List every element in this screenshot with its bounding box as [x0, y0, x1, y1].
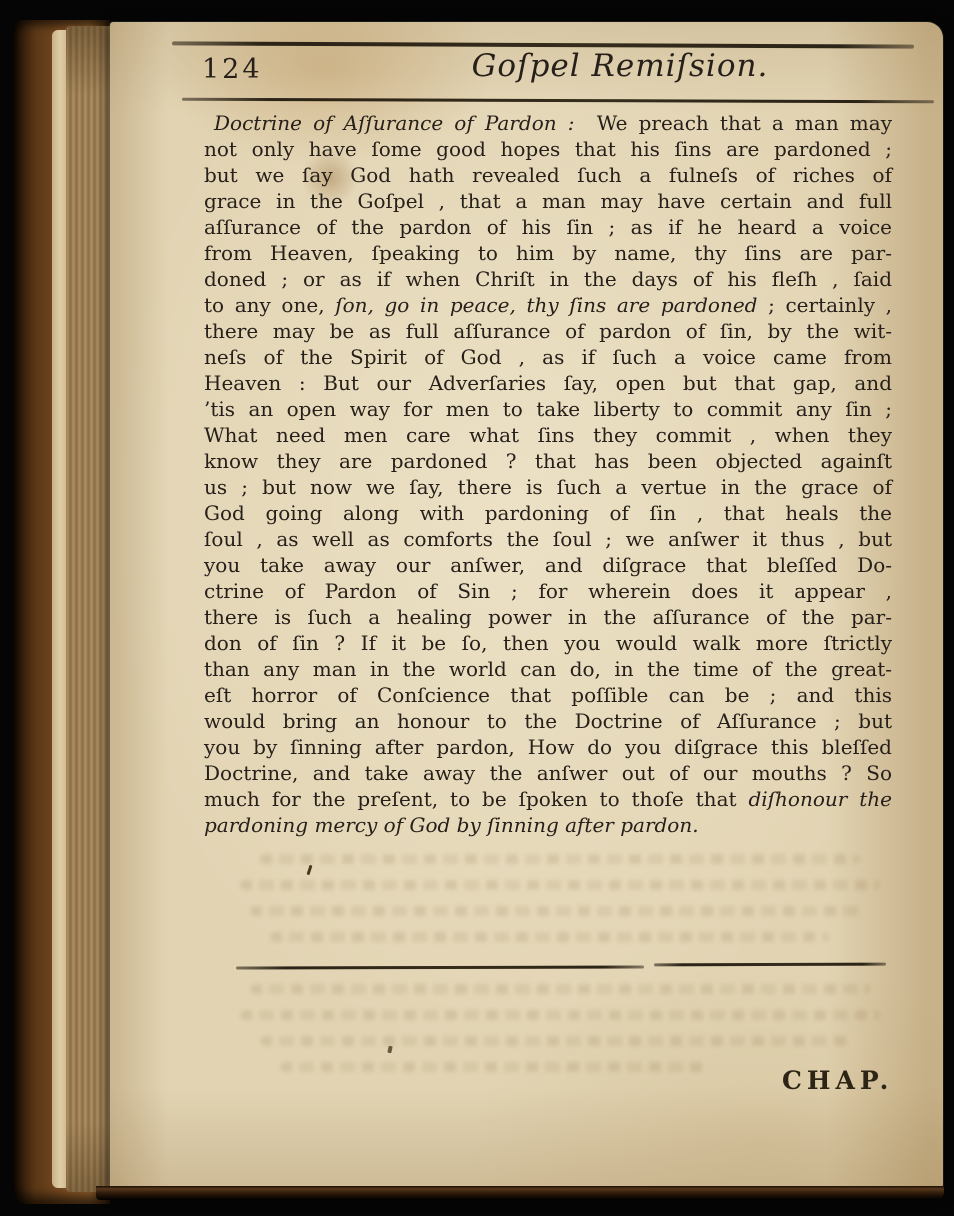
text-line: ctrine of Pardon of Sin ; for wherein do… — [204, 578, 892, 604]
page-number: 124 — [202, 54, 263, 85]
text-line: neſs of the Spirit of God , as if ſuch a… — [204, 344, 892, 370]
text-line: doned ; or as if when Chriſt in the days… — [204, 266, 892, 292]
text-line: there may be as full aſſurance of pardon… — [204, 318, 892, 344]
section-rule-left — [236, 965, 644, 969]
text-line: but we ſay God hath revealed ſuch a fuln… — [204, 162, 892, 188]
text-line: What need men care what ſins they commit… — [204, 422, 892, 448]
text-line: us ; but now we ſay, there is ſuch a ver… — [204, 474, 892, 500]
show-through-line — [240, 1010, 880, 1020]
text-line: you take away our anſwer, and diſgrace t… — [204, 552, 892, 578]
text-line: than any man in the world can do, in the… — [204, 656, 892, 682]
catchword: CHAP. — [782, 1066, 893, 1095]
show-through-line — [260, 854, 860, 864]
text-line: not only have ſome good hopes that his ſ… — [204, 136, 892, 162]
text-line: eſt horror of Conſcience that poſſible c… — [204, 682, 892, 708]
text-line: Doctrine of Aſſurance of Pardon : We pre… — [204, 110, 892, 136]
running-title: Goſpel Remiſsion. — [410, 48, 830, 84]
show-through-line — [270, 932, 830, 942]
text-line: ſoul , as well as comforts the ſoul ; we… — [204, 526, 892, 552]
text-line: God going along with pardoning of ſin , … — [204, 500, 892, 526]
text-line: aſſurance of the pardon of his ſin ; as … — [204, 214, 892, 240]
show-through-line — [250, 984, 870, 994]
text-line: there is ſuch a healing power in the aſſ… — [204, 604, 892, 630]
text-line: Heaven : But our Adverſaries ſay, open b… — [204, 370, 892, 396]
text-line: much for the preſent, to be ſpoken to th… — [204, 786, 892, 812]
header-rule-bottom — [182, 98, 934, 104]
show-through-line — [260, 1036, 850, 1046]
section-rule-right — [654, 963, 886, 967]
book-scan: 124 Goſpel Remiſsion. Doctrine of Aſſura… — [0, 0, 954, 1216]
text-line: you by ſinning after pardon, How do you … — [204, 734, 892, 760]
text-line: grace in the Goſpel , that a man may hav… — [204, 188, 892, 214]
text-line: know they are pardoned ? that has been o… — [204, 448, 892, 474]
page-edges-gutter — [66, 26, 112, 1192]
text-line: to any one, ſon, go in peace, thy ſins a… — [204, 292, 892, 318]
text-line: Doctrine, and take away the anſwer out o… — [204, 760, 892, 786]
ink-speck — [307, 865, 313, 875]
book-bottom-edge — [96, 1186, 944, 1200]
ink-speck — [387, 1046, 392, 1054]
text-line: pardoning mercy of God by ſinning after … — [204, 812, 892, 838]
body-text: Doctrine of Aſſurance of Pardon : We pre… — [204, 110, 892, 838]
text-line: would bring an honour to the Doctrine of… — [204, 708, 892, 734]
text-line: from Heaven, ſpeaking to him by name, th… — [204, 240, 892, 266]
book-page: 124 Goſpel Remiſsion. Doctrine of Aſſura… — [110, 22, 943, 1192]
text-line: don of ſin ? If it be ſo, then you would… — [204, 630, 892, 656]
text-line: ’tis an open way for men to take liberty… — [204, 396, 892, 422]
show-through-line — [280, 1062, 710, 1072]
show-through-line — [240, 880, 880, 890]
show-through-line — [250, 906, 865, 916]
